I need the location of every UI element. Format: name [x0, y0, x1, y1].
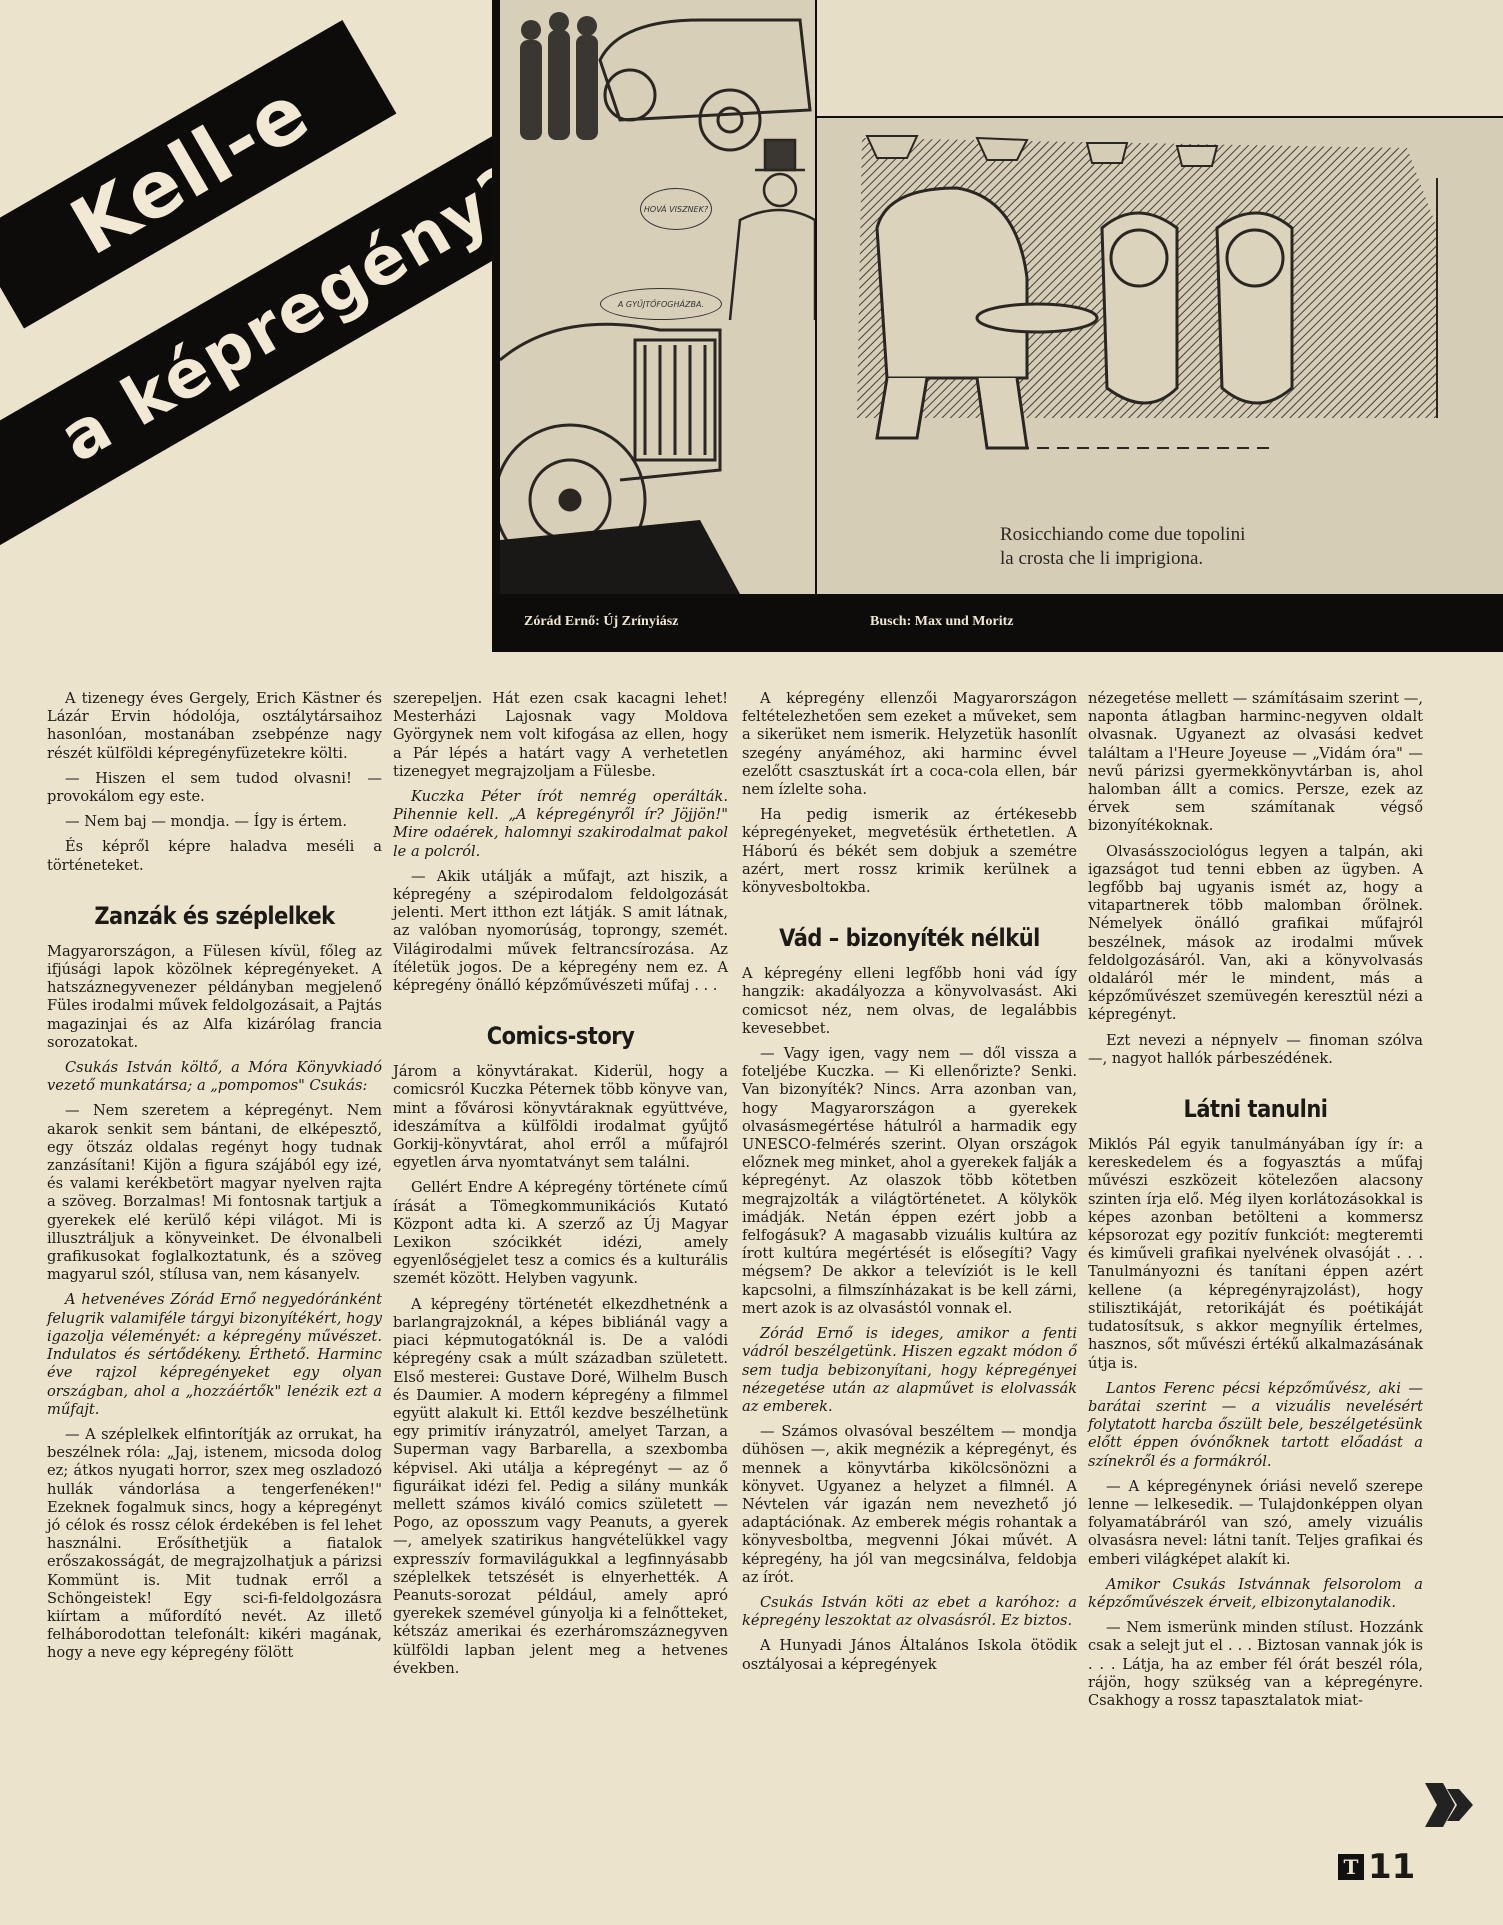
caption-line: Rosicchiando come due topolini [1000, 523, 1245, 547]
speech-text: A GYŰJTŐFOGHÁZBA. [618, 300, 704, 309]
article-column-2: szerepeljen. Hát ezen csak kacagni lehet… [393, 690, 728, 1685]
paragraph: — Nem baj — mondja. — Így is értem. [47, 813, 382, 831]
paragraph: A képregény elleni legfőbb honi vád így … [742, 965, 1077, 1038]
paragraph: — A széplelkek elfintorítják az orrukat,… [47, 1426, 382, 1663]
paragraph: A hetvenéves Zórád Ernő negyedóránként f… [47, 1291, 382, 1418]
busch-caption: Rosicchiando come due topolini la crosta… [1000, 523, 1245, 571]
paragraph: Amikor Csukás Istvánnak felsorolom a kép… [1088, 1576, 1423, 1612]
subheading-latni-tanulni: Látni tanulni [1088, 1094, 1423, 1124]
subheading-vad: Vád – bizonyíték nélkül [742, 923, 1077, 953]
speech-text: HOVÁ VISZNEK? [644, 205, 708, 214]
logo-letter: T [1344, 1850, 1359, 1884]
subheading-comics-story: Comics-story [393, 1021, 728, 1051]
paragraph: — Hiszen el sem tudod olvasni! — provoká… [47, 770, 382, 806]
paragraph: Kuczka Péter írót nemrég operálták. Pihe… [393, 788, 728, 861]
double-chevron-right-icon [1425, 1783, 1473, 1827]
paragraph: Ezt nevezi a népnyelv — finoman szólva —… [1088, 1032, 1423, 1068]
paragraph: Járom a könyvtárakat. Kiderül, hogy a co… [393, 1063, 728, 1172]
paragraph: szerepeljen. Hát ezen csak kacagni lehet… [393, 690, 728, 781]
illustration-block: HOVÁ VISZNEK? A GYŰJTŐFOGHÁZBA. [492, 0, 1503, 652]
paragraph: Gellért Endre A képregény története című… [393, 1179, 728, 1288]
page-number-text: 11 [1368, 1850, 1415, 1884]
illustration-credits: Zórád Ernő: Új Zrínyiász Busch: Max und … [492, 594, 1503, 652]
paragraph: Miklós Pál egyik tanulmányában így ír: a… [1088, 1136, 1423, 1373]
paragraph: A Hunyadi János Általános Iskola ötödik … [742, 1637, 1077, 1673]
paragraph: — Vagy igen, vagy nem — dől vissza a fot… [742, 1045, 1077, 1318]
paragraph: A képregény történetét elkezdhetnénk a b… [393, 1296, 728, 1678]
article-column-1: A tizenegy éves Gergely, Erich Kästner é… [47, 690, 382, 1670]
paragraph: A tizenegy éves Gergely, Erich Kästner é… [47, 690, 382, 763]
paragraph: Olvasásszociológus legyen a talpán, aki … [1088, 843, 1423, 1025]
page-number: T 11 [1338, 1850, 1415, 1884]
paragraph: Csukás István költő, a Móra Könyvkiadó v… [47, 1059, 382, 1095]
magazine-logo-icon: T [1338, 1854, 1364, 1880]
article-column-3: A képregény ellenzői Magyarországon felt… [742, 690, 1077, 1681]
paragraph: — Akik utálják a műfajt, azt hiszik, a k… [393, 868, 728, 995]
comic-panel-zorad: HOVÁ VISZNEK? A GYŰJTŐFOGHÁZBA. [500, 0, 815, 594]
credit-zorad: Zórád Ernő: Új Zrínyiász [524, 614, 678, 630]
paragraph: És képről képre haladva meséli a történe… [47, 838, 382, 874]
paragraph: Zórád Ernő is ideges, amikor a fenti vád… [742, 1325, 1077, 1416]
paragraph: — Nem ismerünk minden stílust. Hozzánk c… [1088, 1619, 1423, 1710]
speech-bubble-answer: A GYŰJTŐFOGHÁZBA. [600, 288, 722, 320]
paragraph: — A képregénynek óriási nevelő szerepe l… [1088, 1478, 1423, 1569]
caption-line: la crosta che li imprigiona. [1000, 547, 1245, 571]
article-column-4: nézegetése mellett — számításaim szerint… [1088, 690, 1423, 1717]
paragraph: — Számos olvasóval beszéltem — mondja dü… [742, 1423, 1077, 1587]
paragraph: Magyarországon, a Fülesen kívül, főleg a… [47, 943, 382, 1052]
paragraph: Ha pedig ismerik az értékesebb képregény… [742, 806, 1077, 897]
panel-spacer [817, 0, 1503, 116]
title-line1: Kell-e [57, 67, 324, 273]
speech-bubble-question: HOVÁ VISZNEK? [640, 188, 712, 230]
comic-panel-busch: Rosicchiando come due topolini la crosta… [817, 118, 1503, 594]
paragraph: Csukás István köti az ebet a karóhoz: a … [742, 1594, 1077, 1630]
credit-busch: Busch: Max und Moritz [870, 614, 1014, 630]
subheading-zanzak: Zanzák és széplelkek [47, 901, 382, 931]
paragraph: A képregény ellenzői Magyarországon felt… [742, 690, 1077, 799]
paragraph: — Nem szeretem a képregényt. Nem akarok … [47, 1102, 382, 1284]
paragraph: nézegetése mellett — számításaim szerint… [1088, 690, 1423, 836]
paragraph: Lantos Ferenc pécsi képzőművész, aki — b… [1088, 1380, 1423, 1471]
